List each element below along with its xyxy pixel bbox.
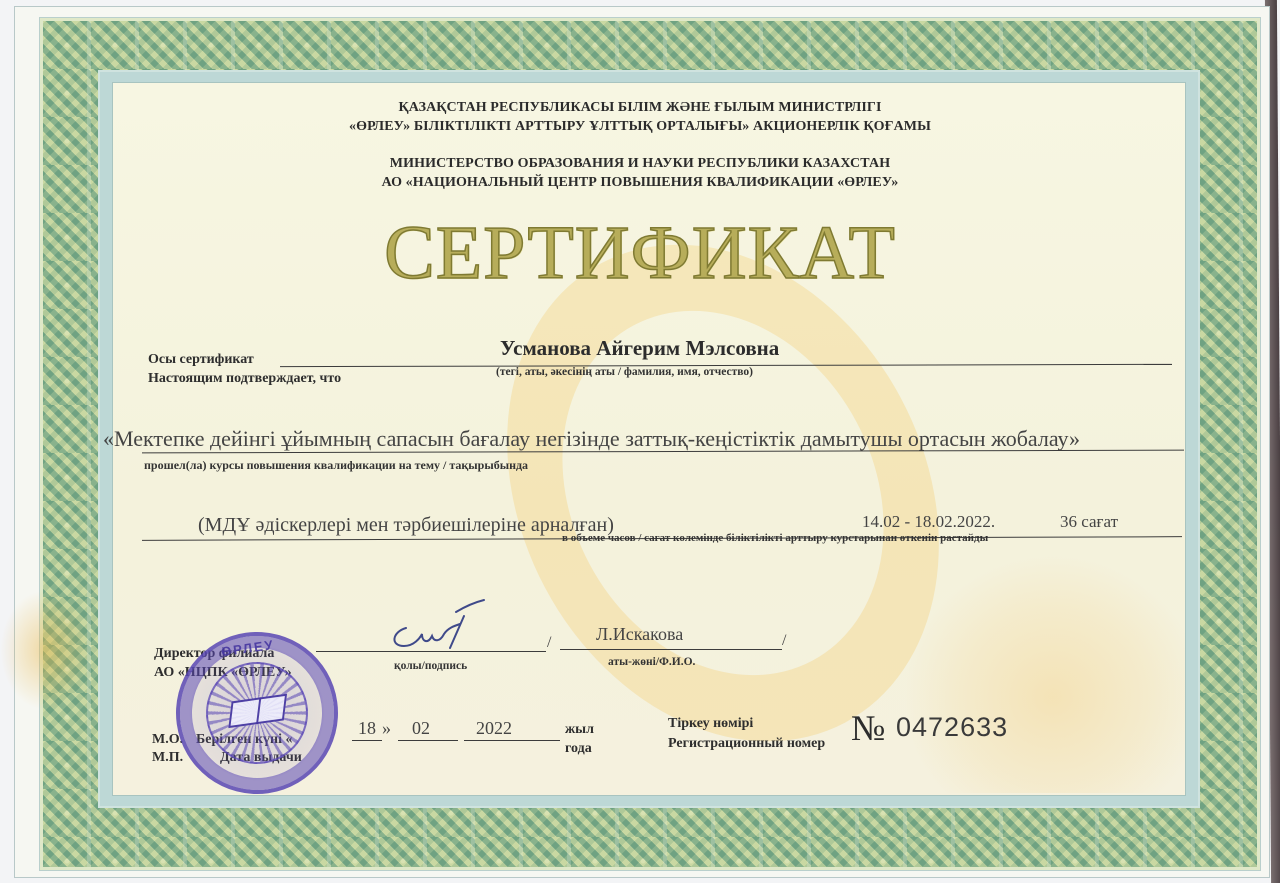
name-caption: (тегі, аты, әкесінің аты / фамилия, имя,… <box>496 366 753 378</box>
signer-name-separator: / <box>782 632 786 650</box>
issue-year: 2022 <box>476 718 512 739</box>
registration-label-kz: Тіркеу нөмірі <box>668 716 753 732</box>
signature-separator: / <box>547 634 551 652</box>
numero-sign: № <box>851 707 885 749</box>
header-kz-line-1: ҚАЗАҚСТАН РЕСПУБЛИКАСЫ БІЛІМ ЖӘНЕ ҒЫЛЫМ … <box>0 100 1280 116</box>
course-dates: 14.02 - 18.02.2022. <box>862 512 995 532</box>
recipient-label-ru: Настоящим подтверждает, что <box>148 371 341 387</box>
seal-label-ru: М.П. <box>152 750 183 766</box>
recipient-label-kz: Осы сертификат <box>148 352 254 368</box>
signature-caption: қолы/подпись <box>394 660 467 672</box>
topic-caption: прошел(ла) курсы повышения квалификации … <box>144 458 528 473</box>
certificate-title: СЕРТИФИКАТ <box>0 210 1280 297</box>
course-hours: 36 сағат <box>1060 512 1118 532</box>
issue-month-underline <box>398 740 458 741</box>
course-audience: (МДҰ әдіскерлері мен тәрбиешілеріне арна… <box>198 514 614 537</box>
header-kz-line-2: «ӨРЛЕУ» БІЛІКТІЛІКТІ АРТТЫРУ ҰЛТТЫҚ ОРТА… <box>0 119 1280 135</box>
watermark-figure <box>903 553 1186 793</box>
handwritten-signature <box>384 598 494 654</box>
issue-day: 18 <box>358 718 376 739</box>
signer-name-underline <box>560 649 782 650</box>
issue-month: 02 <box>412 718 430 739</box>
signer-name: Л.Искакова <box>596 624 683 645</box>
registration-number: 0472633 <box>896 712 1008 743</box>
hours-caption: в объеме часов / сағат көлемінде білікті… <box>562 532 988 544</box>
paper-stain <box>0 590 90 710</box>
registration-label-ru: Регистрационный номер <box>668 736 825 752</box>
year-label-ru: года <box>565 741 592 757</box>
signer-name-caption: аты-жөні/Ф.И.О. <box>608 656 695 668</box>
issue-day-close: » <box>382 718 391 739</box>
header-ru-line-1: МИНИСТЕРСТВО ОБРАЗОВАНИЯ И НАУКИ РЕСПУБЛ… <box>0 156 1280 172</box>
year-label-kz: жыл <box>565 722 594 738</box>
issue-day-underline <box>352 740 382 741</box>
header-ru-line-2: АО «НАЦИОНАЛЬНЫЙ ЦЕНТР ПОВЫШЕНИЯ КВАЛИФИ… <box>0 175 1280 191</box>
recipient-name: Усманова Айгерим Мэлсовна <box>500 336 779 361</box>
course-topic: «Мектепке дейінгі ұйымның сапасын бағала… <box>103 426 1080 452</box>
issue-year-underline <box>464 740 560 741</box>
